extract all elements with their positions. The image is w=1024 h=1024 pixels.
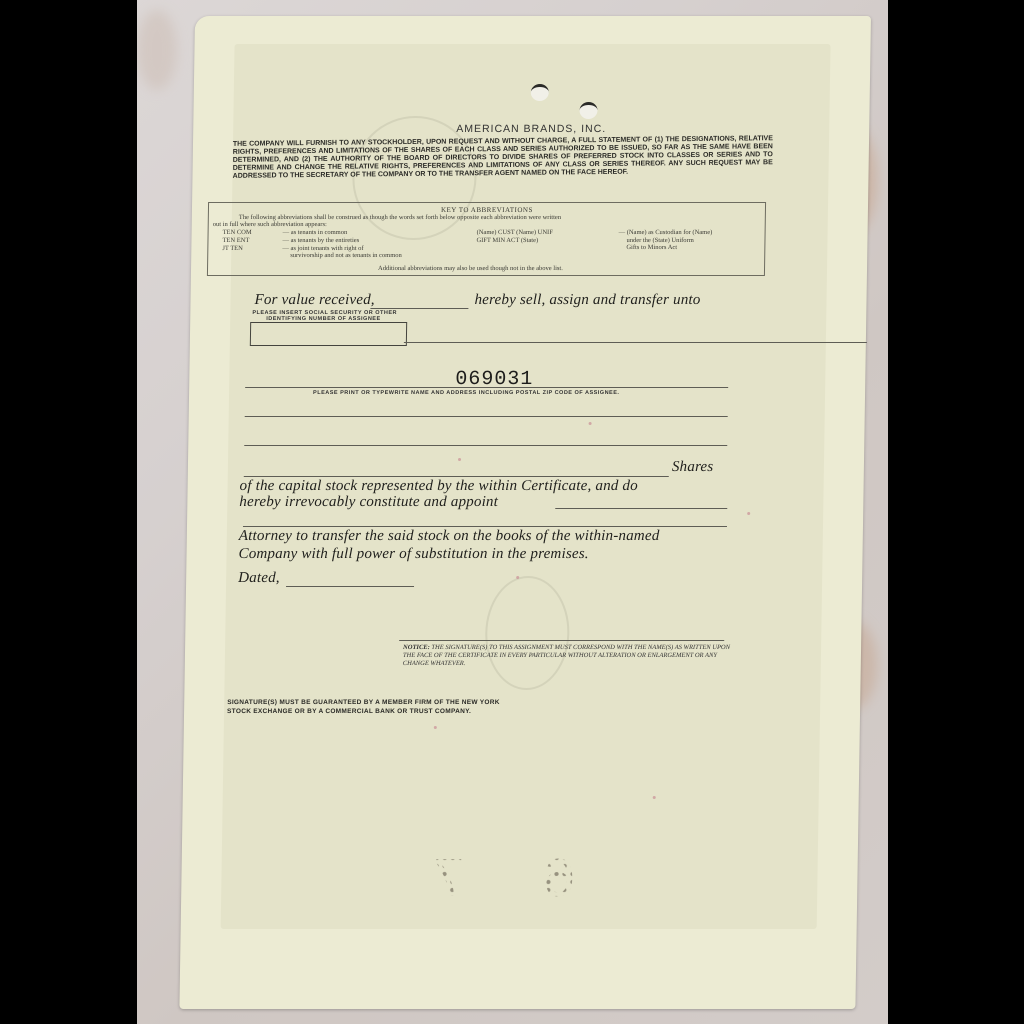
photo-background: AMERICAN BRANDS, INC. THE COMPANY WILL F… <box>137 0 888 1024</box>
abbr-jt-ten-meaning-2: survivorship and not as tenants in commo… <box>290 252 402 259</box>
shares-line[interactable] <box>244 476 669 477</box>
abbr-cust-meaning-2: under the (State) Uniform <box>626 237 693 244</box>
key-intro-2: out in full where such abbreviation appe… <box>213 221 327 228</box>
shares-label: Shares <box>672 459 714 476</box>
abbr-ten-com-meaning: — as tenants in common <box>283 229 348 236</box>
capital-stock-text: of the capital stock represented by the … <box>239 478 638 495</box>
speck <box>589 422 592 425</box>
speck <box>458 458 461 461</box>
abbr-cust-meaning-3: Gifts to Minors Act <box>626 244 677 251</box>
attorney-name-line[interactable] <box>555 508 727 509</box>
key-title: KEY TO ABBREVIATIONS <box>209 206 765 214</box>
company-substitution-text: Company with full power of substitution … <box>238 546 589 563</box>
speck <box>653 796 656 799</box>
attorney-name-line-2[interactable] <box>243 526 727 527</box>
ssn-input[interactable] <box>250 322 407 346</box>
date-line[interactable] <box>286 586 414 587</box>
marble-stain <box>137 10 177 90</box>
notice-text: NOTICE: THE SIGNATURE(S) TO THIS ASSIGNM… <box>403 644 733 668</box>
address-line-1[interactable] <box>245 416 728 417</box>
irrevocably-text: hereby irrevocably constitute and appoin… <box>239 494 498 511</box>
abbr-jt-ten: JT TEN <box>222 245 243 252</box>
abbr-ten-ent: TEN ENT <box>222 237 249 244</box>
notice-label: NOTICE: <box>403 644 430 651</box>
name-address-line <box>245 387 728 388</box>
attorney-text: Attorney to transfer the said stock on t… <box>239 528 660 545</box>
key-footer: Additional abbreviations may also be use… <box>378 265 563 272</box>
rights-statement: THE COMPANY WILL FURNISH TO ANY STOCKHOL… <box>233 135 773 181</box>
dated-label: Dated, <box>238 570 280 587</box>
abbr-cust-meaning: — (Name) as Custodian for (Name) <box>619 229 713 236</box>
certificate-paper: AMERICAN BRANDS, INC. THE COMPANY WILL F… <box>179 16 871 1009</box>
address-line-2[interactable] <box>244 445 727 446</box>
abbreviations-key-box: KEY TO ABBREVIATIONS The following abbre… <box>207 202 766 276</box>
assignee-line <box>404 342 867 343</box>
name-address-label: PLEASE PRINT OR TYPEWRITE NAME AND ADDRE… <box>313 390 619 396</box>
abbr-cust: (Name) CUST (Name) UNIF <box>477 229 553 236</box>
signature-line[interactable] <box>399 640 724 641</box>
notice-body: THE SIGNATURE(S) TO THIS ASSIGNMENT MUST… <box>403 644 730 667</box>
abbr-ten-com: TEN COM <box>223 229 252 236</box>
speck <box>434 726 437 729</box>
for-value-received: For value received, <box>254 292 375 309</box>
company-name: AMERICAN BRANDS, INC. <box>193 123 869 135</box>
abbr-gift-min: GIFT MIN ACT (State) <box>476 237 538 244</box>
signature-guarantee: SIGNATURE(S) MUST BE GUARANTEED BY A MEM… <box>227 698 517 716</box>
value-line <box>370 308 468 309</box>
abbr-ten-ent-meaning: — as tenants by the entireties <box>282 237 359 244</box>
perforated-cancellation-number: 6 7 8 9 5 <box>316 846 577 916</box>
speck <box>516 576 519 579</box>
hereby-sell-text: hereby sell, assign and transfer unto <box>474 292 700 309</box>
abbr-jt-ten-meaning: — as joint tenants with right of <box>282 245 363 252</box>
